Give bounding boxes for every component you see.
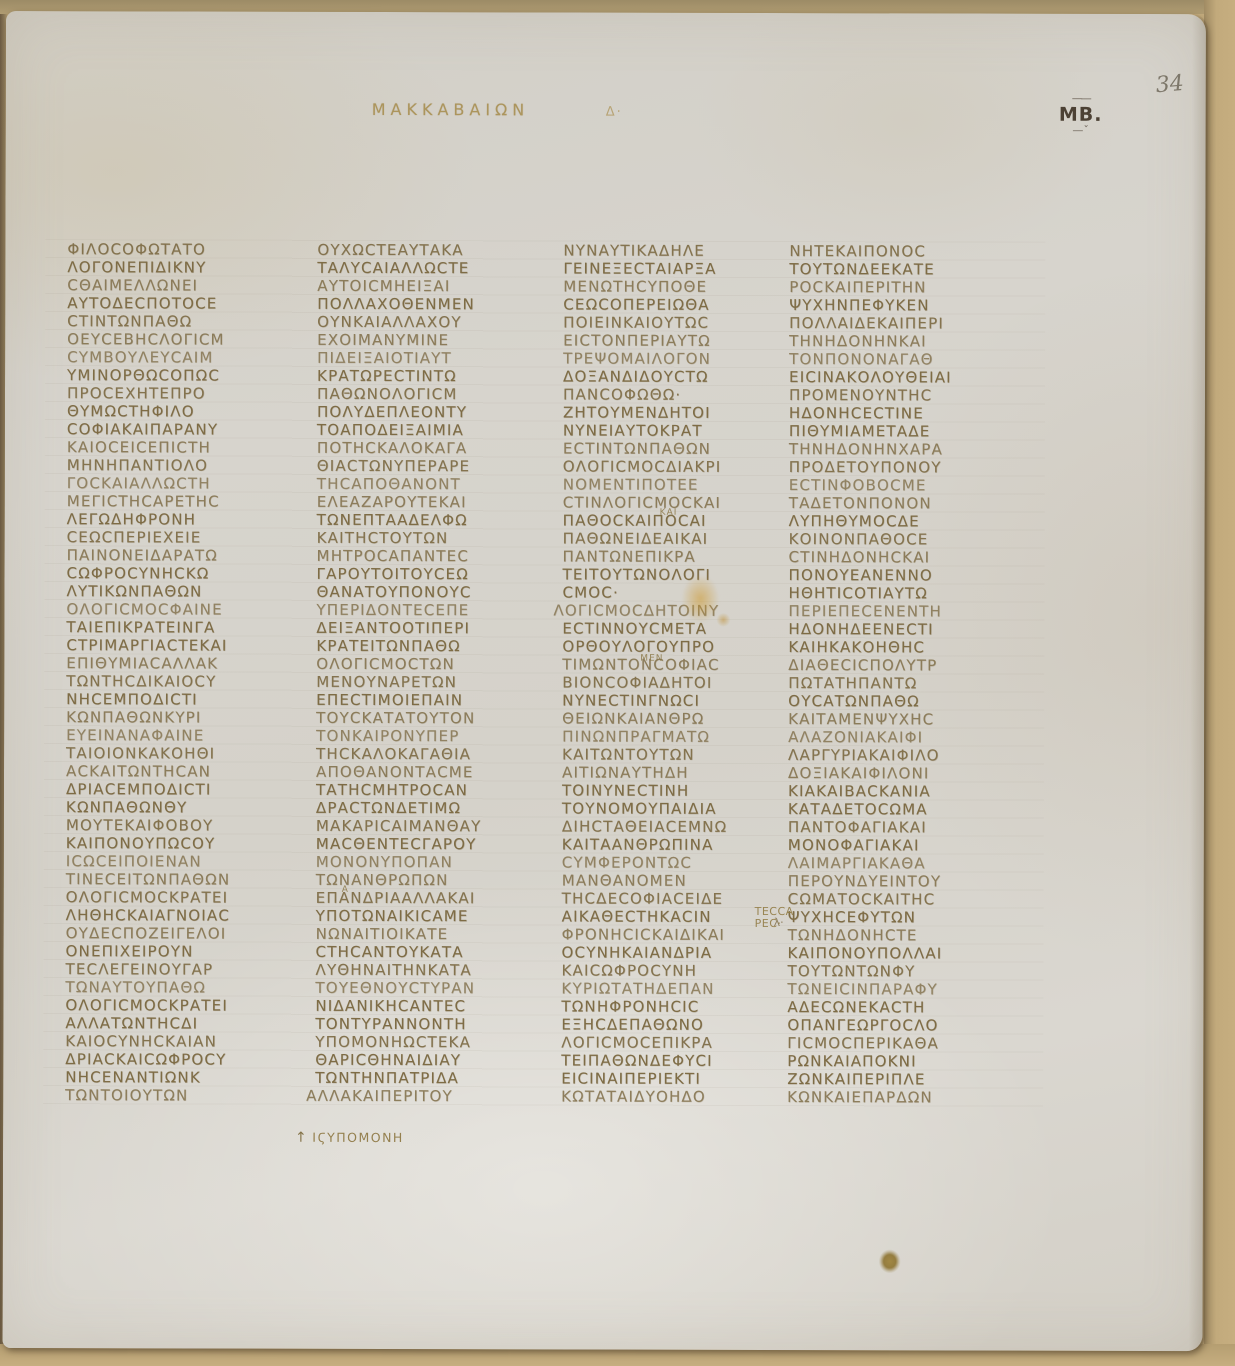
manuscript-line: ΝΥΝΑΥΤΙΚΑΔΗΛΕ [563, 241, 778, 260]
manuscript-line: ΠΙΝΩΝΠΡΑΓΜΑΤΩ [562, 727, 777, 746]
margin-mark: λ· [774, 916, 784, 929]
manuscript-line: ΑΠΟΘΑΝΟΝΤΑCΜΕ [316, 763, 531, 782]
manuscript-line: ΠΑΙΝΟΝΕΙΔΑΡΑΤΩ [67, 546, 282, 565]
manuscript-line: CΤΙΝΗΔΟΝΗCΚΑΙ [789, 548, 1004, 567]
manuscript-line: ΕΠΕCΤΙΜΟΙΕΠΑΙΝ [316, 691, 531, 710]
manuscript-line: ΠΟΤΗCΚΑΛΟΚΑΓΑ [317, 439, 532, 458]
manuscript-line: ΛΟΓΙCΜΟCΔΗΤΟΙΝΥ [553, 601, 777, 620]
manuscript-line: ΔΕΙΞΑΝΤΟΟΤΙΠΕΡΙ [316, 619, 531, 638]
manuscript-line: CΕΩCΟΠΕΡΕΙΩΘΑ [563, 295, 778, 314]
book-number: Δ· [606, 105, 623, 120]
interlinear-correction-men: ΜΕΝ [640, 654, 663, 664]
manuscript-line: ΚΑΙΟCΕΙCΕΠΙCΤΗ [67, 438, 282, 457]
manuscript-line: ΝΩΝΑΙΤΙΟΙΚΑΤΕ [316, 925, 531, 944]
manuscript-line: ΟCΥΝΗΚΑΙΑΝΔΡΙΑ [562, 943, 777, 962]
manuscript-line: ΠΑΝCΟΦΩΘΩ· [563, 385, 778, 404]
manuscript-line: ΠΟΛΛΑΙΔΕΚΑΙΠΕΡΙ [789, 314, 1004, 333]
manuscript-line: ΕΧΟΙΜΑΝΥΜΙΝΕ [317, 331, 532, 350]
manuscript-line: ΠΟΛΛΑΧΟΘΕΝΜΕΝ [317, 295, 532, 314]
text-column-2: ΟΥΧΩCΤΕΑΥΤΑΚΑΤΑΛΥCΑΙΑΛΛΩCΤΕΑΥΤΟΙCΜΗΕΙΞΑΙ… [315, 241, 532, 1114]
manuscript-line: ΓΕΙΝΕΞΕCΤΑΙΑΡΞΑ [563, 259, 778, 278]
manuscript-line: ΤΩΝΗΦΡΟΝΗCΙC [561, 997, 776, 1016]
manuscript-line: ΥΠΕΡΙΔΟΝΤΕCΕΠΕ [316, 601, 531, 620]
manuscript-line: ΤΟΙΝΥΝΕCΤΙΝΗ [562, 781, 777, 800]
manuscript-line: CΩΦΡΟCΥΝΗCΚΩ [67, 564, 282, 583]
manuscript-line: ΤΑΙΟΙΟΝΚΑΚΟΗΘΙ [66, 744, 281, 763]
quire-number: ΜΒ. [1046, 104, 1116, 126]
manuscript-page: ΜΑΚΚΑΒΑΙΩΝ Δ· —— ΜΒ. —ˇ 34 ΦΙΛΟCΟΦΩΤΑΤΟΛ… [2, 11, 1205, 1351]
manuscript-line: ΟΥΝΚΑΙΑΛΛΑΧΟΥ [317, 313, 532, 332]
manuscript-line: ΚΟΙΝΟΝΠΑΘΟCΕ [789, 530, 1004, 549]
manuscript-line: ΚΡΑΤΩΡΕCΤΙΝΤΩ [317, 367, 532, 386]
manuscript-line: ΗΔΟΝΗCΕCΤΙΝΕ [789, 404, 1004, 423]
manuscript-line: ΑΛΑΖΟΝΙΑΚΑΙΦΙ [788, 728, 1003, 747]
manuscript-line: ΔΟΞΑΝΔΙΔΟΥCΤΩ [563, 367, 778, 386]
arrow-symbol-icon: ↑ [295, 1130, 308, 1146]
manuscript-line: ΦΡΟΝΗCΙCΚΑΙΔΙΚΑΙ [562, 925, 777, 944]
manuscript-line: ΝΗCΕΝΑΝΤΙΩΝΚ [65, 1068, 280, 1087]
manuscript-line: ΝΟΜΕΝΤΙΠΟΤΕΕ [563, 475, 778, 494]
manuscript-line: ΑCΚΑΙΤΩΝΤΗCΑΝ [66, 762, 281, 781]
quire-mark: —— ΜΒ. —ˇ [1046, 94, 1116, 136]
manuscript-line: ΡΩΝΚΑΙΑΠΟΚΝΙ [787, 1052, 1002, 1071]
quire-dash-bottom: —ˇ [1046, 126, 1116, 136]
manuscript-line: ΚΙΑΚΑΙΒΑCΚΑΝΙΑ [788, 782, 1003, 801]
manuscript-line: ΟΕΥCΕΒΗCΛΟΓΙCΜ [67, 330, 282, 349]
manuscript-line: ΜΗΤΡΟCΑΠΑΝΤΕC [317, 547, 532, 566]
manuscript-line: ΚΩΝΠΑΘΩΝΚΥΡΙ [66, 708, 281, 727]
manuscript-line: ΠΑΘΩΝΟΛΟΓΙCΜ [317, 385, 532, 404]
manuscript-line: CΘΑΙΜΕΛΛΩΝΕΙ [67, 276, 282, 295]
running-title: ΜΑΚΚΑΒΑΙΩΝ [372, 100, 530, 119]
manuscript-line: ΚΑΙCΩΦΡΟCΥΝΗ [561, 961, 776, 980]
manuscript-line: ΑΙΚΑΘΕCΤΗΚΑCΙΝ [562, 907, 777, 926]
manuscript-line: ΕΛΕΑΖΑΡΟΥΤΕΚΑΙ [317, 493, 532, 512]
manuscript-line: ΚΥΡΙΩΤΑΤΗΔΕΠΑΝ [561, 979, 776, 998]
manuscript-line: ΕΥΕΙΝΑΝΑΦΑΙΝΕ [66, 726, 281, 745]
manuscript-line: ΤΡΕΨΟΜΑΙΛΟΓΟΝ [563, 349, 778, 368]
manuscript-line: ΤΩΝΑΥΤΟΥΠΑΘΩ [65, 978, 280, 997]
manuscript-line: ΤΙΝΕCΕΙΤΩΝΠΑΘΩΝ [66, 870, 281, 889]
manuscript-line: ΗΔΟΝΗΔΕΕΝΕCΤΙ [788, 620, 1003, 639]
manuscript-line: ΔΙΗCΤΑΘΕΙΑCΕΜΝΩ [562, 817, 777, 836]
manuscript-line: ΤΗΝΗΔΟΝΗΝΧΑΡΑ [789, 440, 1004, 459]
manuscript-line: ΚΑΙΤΑΜΕΝΨΥΧΗC [788, 710, 1003, 729]
manuscript-line: ΠΕΡΟΥΝΔΥΕΙΝΤΟΥ [788, 872, 1003, 891]
manuscript-line: CΟΦΙΑΚΑΙΠΑΡΑΝΥ [67, 420, 282, 439]
manuscript-line: ΑΔΕCΩΝΕΚΑCΤΗ [787, 998, 1002, 1017]
manuscript-line: ΤΟΝΚΑΙΡΟΝΥΠΕΡ [316, 727, 531, 746]
manuscript-line: ΨΥΧΗΝΠΕΦΥΚΕΝ [789, 296, 1004, 315]
manuscript-line: ΖΗΤΟΥΜΕΝΔΗΤΟΙ [563, 403, 778, 422]
manuscript-line: ΚΑΙΟCΥΝΗCΚΑΙΑΝ [65, 1032, 280, 1051]
manuscript-line: ΜΑΚΑΡΙCΑΙΜΑΝΘΑΥ [316, 817, 531, 836]
manuscript-line: ΝΗCΕΜΠΟΔΙCΤΙ [66, 690, 281, 709]
marginal-note-text: ΙϚΥΠΟΜΟΝΗ [312, 1130, 404, 1145]
parchment-stain-small [716, 613, 730, 627]
manuscript-line: ΛΗΘΗCΚΑΙΑΓΝΟΙΑC [66, 906, 281, 925]
manuscript-line: ΛΥΤΙΚΩΝΠΑΘΩΝ [66, 582, 281, 601]
manuscript-line: ΝΥΝΕΙΑΥΤΟΚΡΑΤ [563, 421, 778, 440]
manuscript-line: ΟΛΟΓΙCΜΟCΚΡΑΤΕΙ [66, 888, 281, 907]
manuscript-photo: { "page": { "running_title": "ΜΑΚΚΑΒΑΙΩΝ… [0, 0, 1235, 1366]
manuscript-line: ΝΥΝΕCΤΙΝΓΝΩCΙ [562, 691, 777, 710]
manuscript-line: ΤΑΤΗCΜΗΤΡΟCΑΝ [316, 781, 531, 800]
manuscript-line: ΥΠΟΤΩΝΑΙΚΙCΑΜΕ [316, 907, 531, 926]
manuscript-line: ΑΛΛΑΤΩΝΤΗCΔΙ [65, 1014, 280, 1033]
manuscript-line: ΕΠΙΘΥΜΙΑCΑΛΛΑΚ [66, 654, 281, 673]
manuscript-line: ΛΕΓΩΔΗΦΡΟΝΗ [67, 510, 282, 529]
manuscript-line: ΠΑΘΩΝΕΙΔΕΑΙΚΑΙ [563, 529, 778, 548]
manuscript-line: ΚΑΤΑΔΕΤΟCΩΜΑ [788, 800, 1003, 819]
manuscript-line: ΤΩΝΕΠΤΑΑΔΕΛΦΩ [317, 511, 532, 530]
manuscript-line: ΜΕΝΩΤΗCΥΠΟΘΕ [563, 277, 778, 296]
manuscript-line: ΚΑΙΗΚΑΚΟΗΘΗC [788, 638, 1003, 657]
mat-border-right [1204, 0, 1235, 1366]
manuscript-line: ΔΙΑΘΕCΙCΠΟΛΥΤΡ [788, 656, 1003, 675]
manuscript-line: ΜΑΝΘΑΝΟΜΕΝ [562, 871, 777, 890]
manuscript-line: ΟΡΘΟΥΛΟΓΟΥΠΡΟ [562, 637, 777, 656]
manuscript-line: ΠΩΤΑΤΗΠΑΝΤΩ [788, 674, 1003, 693]
manuscript-line: ΤΗΝΗΔΟΝΗΝΚΑΙ [789, 332, 1004, 351]
manuscript-line: ΝΙΔΑΝΙΚΗCΑΝΤΕC [315, 997, 530, 1016]
text-column-4: ΝΗΤΕΚΑΙΠΟΝΟCΤΟΥΤΩΝΔΕΕΚΑΤΕΡΟCΚΑΙΠΕΡΙΤΗΝΨΥ… [787, 242, 1004, 1115]
manuscript-line: ΤΩΝΤΗCΔΙΚΑΙΟCΥ [66, 672, 281, 691]
quire-dash-top: —— [1046, 94, 1116, 104]
manuscript-line: CΤΡΙΜΑΡΓΙΑCΤΕΚΑΙ [66, 636, 281, 655]
wax-spot [879, 1249, 901, 1273]
manuscript-line: ΤΟΝΠΟΝΟΝΑΓΑΘ [789, 350, 1004, 369]
manuscript-line: ΤΑΛΥCΑΙΑΛΛΩCΤΕ [317, 259, 532, 278]
manuscript-line: ΟΛΟΓΙCΜΟCΦΑΙΝΕ [66, 600, 281, 619]
manuscript-line: ΠΟΙΕΙΝΚΑΙΟΥΤΩC [563, 313, 778, 332]
manuscript-line: ΓΟCΚΑΙΑΛΛΩCΤΗ [67, 474, 282, 493]
manuscript-line: ΠΑΝΤΟΦΑΓΙΑΚΑΙ [788, 818, 1003, 837]
manuscript-line: ΑΥΤΟΔΕCΠΟΤΟCΕ [67, 294, 282, 313]
manuscript-line: ΙCΩCΕΙΠΟΙΕΝΑΝ [66, 852, 281, 871]
manuscript-line: ΡΟCΚΑΙΠΕΡΙΤΗΝ [789, 278, 1004, 297]
manuscript-line: ΜΕΝΟΥΝΑΡΕΤΩΝ [316, 673, 531, 692]
manuscript-line: ΠΑΝΤΩΝΕΠΙΚΡΑ [563, 547, 778, 566]
manuscript-line: ΘΕΙΩΝΚΑΙΑΝΘΡΩ [562, 709, 777, 728]
manuscript-line: ΦΙΛΟCΟΦΩΤΑΤΟ [67, 240, 282, 259]
manuscript-line: ΕCΤΙΝΦΟΒΟCΜΕ [789, 476, 1004, 495]
manuscript-line: ΚΩΝΠΑΘΩΝΘΥ [66, 798, 281, 817]
manuscript-line: ΟΥΧΩCΤΕΑΥΤΑΚΑ [317, 241, 532, 260]
manuscript-line: ΛΑΡΓΥΡΙΑΚΑΙΦΙΛΟ [788, 746, 1003, 765]
manuscript-line: ΚΩΤΑΤΑΙΔΥΟΗΔΟ [561, 1087, 776, 1106]
manuscript-line: ΟΛΟΓΙCΜΟCΔΙΑΚΡΙ [563, 457, 778, 476]
manuscript-line: CΤΙΝΤΩΝΠΑΘΩ [67, 312, 282, 331]
manuscript-line: CΥΜΦΕΡΟΝΤΩC [562, 853, 777, 872]
text-column-1: ΦΙΛΟCΟΦΩΤΑΤΟΛΟΓΟΝΕΠΙΔΙΚΝΥCΘΑΙΜΕΛΛΩΝΕΙΑΥΤ… [65, 240, 282, 1113]
manuscript-line: ΚΡΑΤΕΙΤΩΝΠΑΘΩ [316, 637, 531, 656]
manuscript-line: ΥΠΟΜΟΝΗΩCΤΕΚΑ [315, 1033, 530, 1052]
manuscript-line: ΚΑΙΠΟΝΟΥΠΩCΟΥ [66, 834, 281, 853]
manuscript-line: CΤΗCΑΝΤΟΥΚΑΤΑ [316, 943, 531, 962]
manuscript-line: ΔΡΑCΤΩΝΔΕΤΙΜΩ [316, 799, 531, 818]
manuscript-line: ΘΙΑCΤΩΝΥΠΕΡΑΡΕ [317, 457, 532, 476]
parchment-stain [681, 575, 719, 623]
manuscript-line: ΠΡΟCΕΧΗΤΕΠΡΟ [67, 384, 282, 403]
manuscript-line: ΘΑΝΑΤΟΥΠΟΝΟΥC [316, 583, 531, 602]
manuscript-line: ΠΙΔΕΙΞΑΙΟΤΙΑΥΤ [317, 349, 532, 368]
manuscript-line: ΤΟΑΠΟΔΕΙΞΑΙΜΙΑ [317, 421, 532, 440]
manuscript-line: ΤΗCΚΑΛΟΚΑΓΑΘΙΑ [316, 745, 531, 764]
manuscript-line: ΤΕCΛΕΓΕΙΝΟΥΓΑΡ [65, 960, 280, 979]
manuscript-line: ΤΟΥΝΟΜΟΥΠΑΙΔΙΑ [562, 799, 777, 818]
manuscript-line: ΜΟΝΟΝΥΠΟΠΑΝ [316, 853, 531, 872]
manuscript-line: ΛΥΠΗΘΥΜΟCΔΕ [789, 512, 1004, 531]
manuscript-line: ΑΛΛΑΚΑΙΠΕΡΙΤΟΥ [306, 1087, 530, 1106]
manuscript-line: ΤΑΔΕΤΟΝΠΟΝΟΝ [789, 494, 1004, 513]
manuscript-line: ΕΙCΙΝΑΚΟΛΟΥΘΕΙΑΙ [789, 368, 1004, 387]
manuscript-line: CΕΩCΠΕΡΙΕΧΕΙΕ [67, 528, 282, 547]
manuscript-line: ΚΩΝΚΑΙΕΠΑΡΔΩΝ [787, 1088, 1002, 1107]
manuscript-line: ΔΡΙΑCΕΜΠΟΔΙCΤΙ [66, 780, 281, 799]
manuscript-line: ΛΑΙΜΑΡΓΙΑΚΑΘΑ [788, 854, 1003, 873]
manuscript-line: ΓΙCΜΟCΠΕΡΙΚΑΘΑ [787, 1034, 1002, 1053]
manuscript-line: ΥΜΙΝΟΡΘΩCΟΠΩC [67, 366, 282, 385]
manuscript-line: ΨΥΧΗCΕΦΥΤΩΝ [788, 908, 1003, 927]
manuscript-line: ΖΩΝΚΑΙΠΕΡΙΠΛΕ [787, 1070, 1002, 1089]
manuscript-line: ΜΟΝΟΦΑΓΙΑΚΑΙ [788, 836, 1003, 855]
manuscript-line: ΑΙΤΙΩΝΑΥΤΗΔΗ [562, 763, 777, 782]
manuscript-line: ΜΕΓΙCΤΗCΑΡΕΤΗC [67, 492, 282, 511]
manuscript-line: ΚΑΙΤΗCΤΟΥΤΩΝ [317, 529, 532, 548]
manuscript-line: ΤΩΝΕΙCΙΝΠΑΡΑΦΥ [787, 980, 1002, 999]
manuscript-line: ΠΡΟΜΕΝΟΥΝΤΗC [789, 386, 1004, 405]
manuscript-line: ΤΗCΔΕCΟΦΙΑCΕΙΔΕ [562, 889, 777, 908]
manuscript-line: ΟΛΟΓΙCΜΟCΚΡΑΤΕΙ [65, 996, 280, 1015]
manuscript-line: ΟΛΟΓΙCΜΟCΤΩΝ [316, 655, 531, 674]
manuscript-line: ΤΑΙΕΠΙΚΡΑΤΕΙΝΓΑ [66, 618, 281, 637]
manuscript-line: ΜΟΥΤΕΚΑΙΦΟΒΟΥ [66, 816, 281, 835]
manuscript-line: ΚΑΙΤΑΑΝΘΡΩΠΙΝΑ [562, 835, 777, 854]
manuscript-line: ΤΟΥCΚΑΤΑΤΟΥΤΟΝ [316, 709, 531, 728]
manuscript-line: ΒΙΟΝCΟΦΙΑΔΗΤΟΙ [562, 673, 777, 692]
manuscript-line: ΕΞΗCΔΕΠΑΘΩΝΟ [561, 1015, 776, 1034]
manuscript-line: ΜΗΝΗΠΑΝΤΙΟΛΟ [67, 456, 282, 475]
manuscript-line: ΘΑΡΙCΘΗΝΑΙΔΙΑΥ [315, 1051, 530, 1070]
manuscript-line: ΤΙΜΩΝΤΟΝCΟΦΙΑC [562, 655, 777, 674]
manuscript-line: ΠΟΝΟΥΕΑΝΕΝΝΟ [789, 566, 1004, 585]
manuscript-line: CΥΜΒΟΥΛΕΥCΑΙΜ [67, 348, 282, 367]
manuscript-line: ΤΩΝΤΗΝΠΑΤΡΙΔΑ [315, 1069, 530, 1088]
manuscript-line: ΘΥΜΩCΤΗΦΙΛΟ [67, 402, 282, 421]
manuscript-line: ΜΑCΘΕΝΤΕCΓΑΡΟΥ [316, 835, 531, 854]
manuscript-line: ΤΩΝΗΔΟΝΗCΤΕ [788, 926, 1003, 945]
manuscript-line: ΠΙΘΥΜΙΑΜΕΤΑΔΕ [789, 422, 1004, 441]
manuscript-line: ΕCΤΙΝΤΩΝΠΑΘΩΝ [563, 439, 778, 458]
manuscript-line: ΠΟΛΥΔΕΠΛΕΟΝΤΥ [317, 403, 532, 422]
manuscript-line: ΟΠΑΝΓΕΩΡΓΟCΛΟ [787, 1016, 1002, 1035]
manuscript-line: ΤΕΙΠΑΘΩΝΔΕΦΥCΙ [561, 1051, 776, 1070]
manuscript-line: ΤΟΥΤΩΝΤΩΝΦΥ [787, 962, 1002, 981]
manuscript-line: ΛΟΓΟΝΕΠΙΔΙΚΝΥ [67, 258, 282, 277]
manuscript-line: ΤΗCΑΠΟΘΑΝΟΝΤ [317, 475, 532, 494]
manuscript-line: ΕΙCΙΝΑΙΠΕΡΙΕΚΤΙ [561, 1069, 776, 1088]
interlinear-correction-kai: ΚΑΙ [660, 508, 678, 518]
manuscript-line: CΩΜΑΤΟCΚΑΙΤΗC [788, 890, 1003, 909]
manuscript-line: ΤΕΙΤΟΥΤΩΝΟΛΟΓΙ [563, 565, 778, 584]
text-column-3: ΝΥΝΑΥΤΙΚΑΔΗΛΕΓΕΙΝΕΞΕCΤΑΙΑΡΞΑΜΕΝΩΤΗCΥΠΟΘΕ… [561, 241, 778, 1114]
manuscript-line: ΓΑΡΟΥΤΟΙΤΟΥCΕΩ [317, 565, 532, 584]
manuscript-line: ΟΥΔΕCΠΟΖΕΙΓΕΛΟΙ [66, 924, 281, 943]
manuscript-line: ΚΑΙΤΩΝΤΟΥΤΩΝ [562, 745, 777, 764]
manuscript-line: ΑΥΤΟΙCΜΗΕΙΞΑΙ [317, 277, 532, 296]
manuscript-line: ΚΑΙΠΟΝΟΥΠΟΛΛΑΙ [788, 944, 1003, 963]
manuscript-line: ΕΙCΤΟΝΠΕΡΙΑΥΤΩ [563, 331, 778, 350]
marginal-note-hypomone: ↑ΙϚΥΠΟΜΟΝΗ [295, 1130, 404, 1146]
manuscript-line: ΟΝΕΠΙΧΕΙΡΟΥΝ [66, 942, 281, 961]
manuscript-line: CΜΟC· [562, 583, 777, 602]
interlinear-correction-a: Α [342, 885, 349, 895]
manuscript-line: ΔΡΙΑCΚΑΙCΩΦΡΟCΥ [65, 1050, 280, 1069]
manuscript-line: ΠΕΡΙΕΠΕCΕΝΕΝΤΗ [788, 602, 1003, 621]
manuscript-line: ΠΡΟΔΕΤΟΥΠΟΝΟΥ [789, 458, 1004, 477]
manuscript-line: ΝΗΤΕΚΑΙΠΟΝΟC [789, 242, 1004, 261]
manuscript-line: ΤΟΥΤΩΝΔΕΕΚΑΤΕ [789, 260, 1004, 279]
manuscript-line: ΤΟΥΕΘΝΟΥCΤΥΡΑΝ [315, 979, 530, 998]
manuscript-line: ΗΘΗΤΙCΟΤΙΑΥΤΩ [788, 584, 1003, 603]
manuscript-line: ΤΟΝΤΥΡΑΝΝΟΝΤΗ [315, 1015, 530, 1034]
manuscript-line: ΛΥΘΗΝΑΙΤΗΝΚΑΤΑ [315, 961, 530, 980]
manuscript-line: ΟΥCΑΤΩΝΠΑΘΩ [788, 692, 1003, 711]
manuscript-line: ΤΩΝΤΟΙΟΥΤΩΝ [65, 1086, 280, 1105]
manuscript-line: ΛΟΓΙCΜΟCΕΠΙΚΡΑ [561, 1033, 776, 1052]
folio-number: 34 [1155, 71, 1185, 98]
manuscript-line: ΕCΤΙΝΝΟΥCΜΕΤΑ [562, 619, 777, 638]
manuscript-line: ΔΟΞΙΑΚΑΙΦΙΛΟΝΙ [788, 764, 1003, 783]
